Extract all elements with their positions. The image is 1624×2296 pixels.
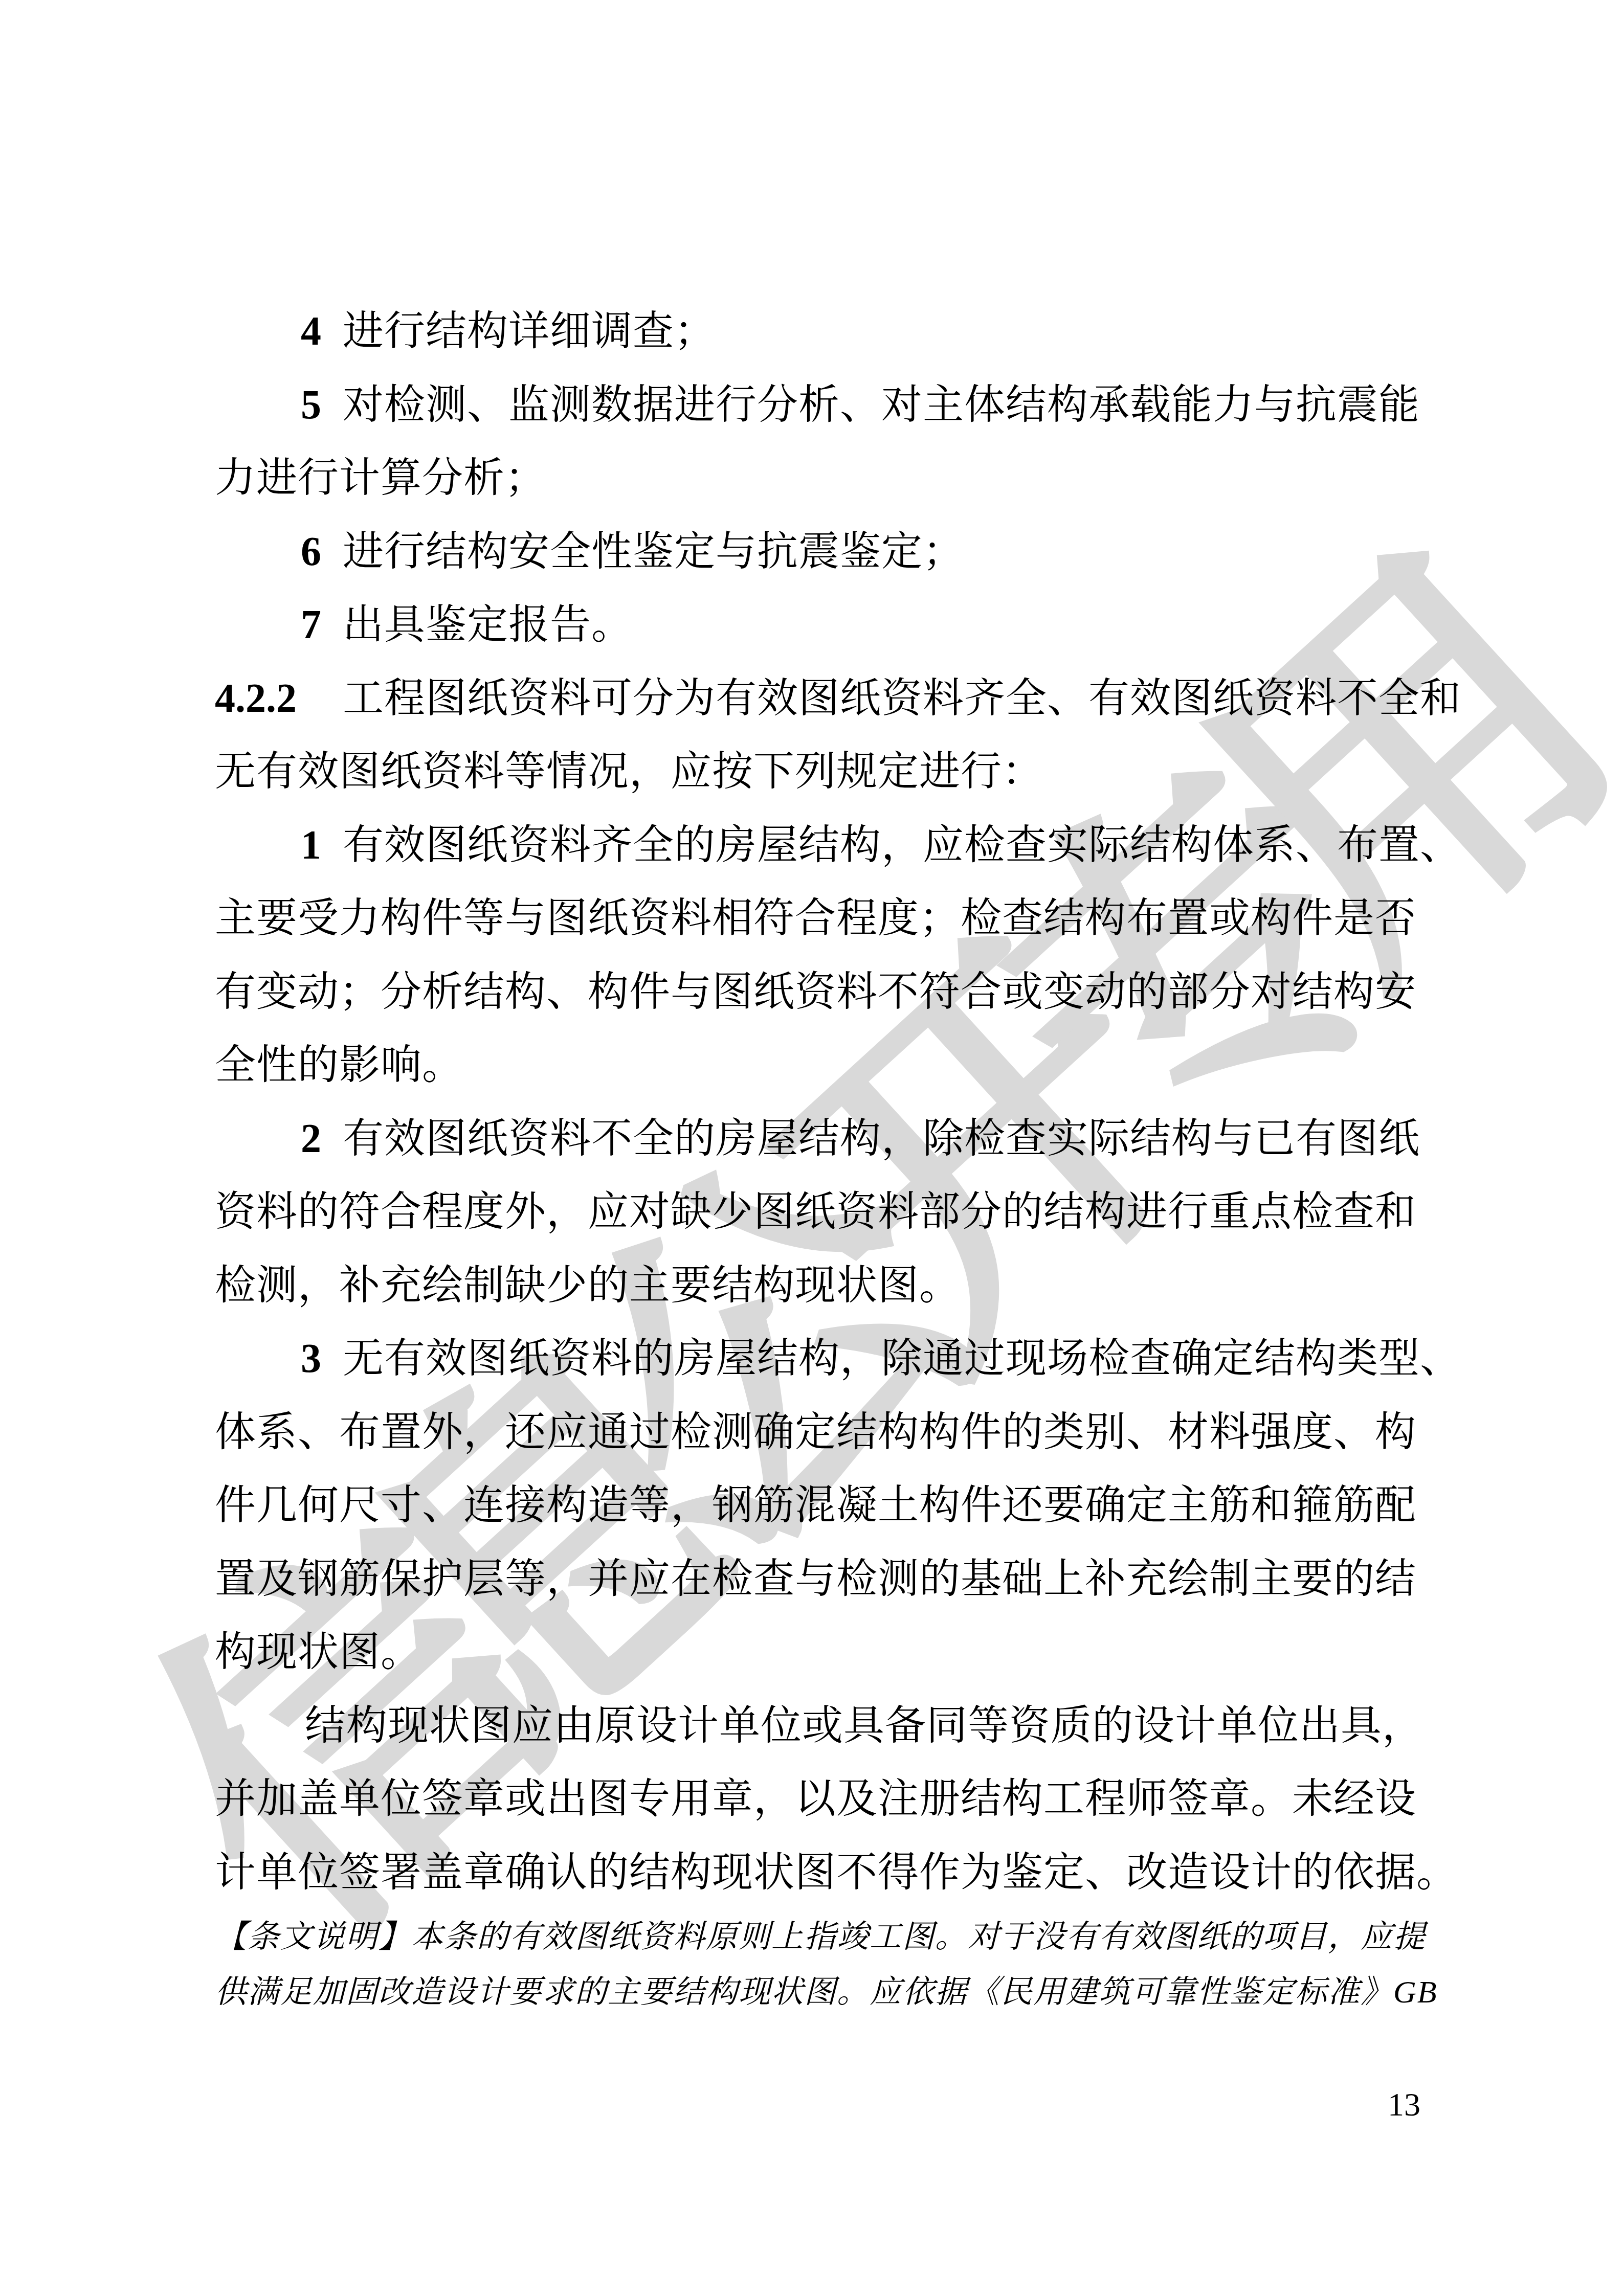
document-line: 5对检测、监测数据进行分析、对主体结构承载能力与抗震能 [215, 369, 1442, 442]
commentary-line: 【条文说明】本条的有效图纸资料原则上指竣工图。对于没有有效图纸的项目，应提 [215, 1909, 1442, 1965]
line-text: 计单位签署盖章确认的结构现状图不得作为鉴定、改造设计的依据。 [215, 1850, 1458, 1895]
document-line: 4进行结构详细调查； [215, 295, 1442, 369]
item-number: 4 [301, 295, 343, 369]
item-number: 2 [301, 1102, 343, 1176]
item-number: 3 [301, 1322, 343, 1396]
document-line: 并加盖单位签章或出图专用章，以及注册结构工程师签章。未经设 [215, 1763, 1442, 1836]
line-text: 有效图纸资料不全的房屋结构，除检查实际结构与已有图纸 [343, 1116, 1420, 1161]
document-line: 有变动；分析结构、构件与图纸资料不符合或变动的部分对结构安 [215, 956, 1442, 1029]
item-number: 5 [301, 369, 343, 442]
line-text: 资料的符合程度外，应对缺少图纸资料部分的结构进行重点检查和 [215, 1189, 1416, 1234]
document-line: 件几何尺寸、连接构造等，钢筋混凝土构件还要确定主筋和箍筋配 [215, 1469, 1442, 1543]
line-text: 有变动；分析结构、构件与图纸资料不符合或变动的部分对结构安 [215, 970, 1416, 1015]
line-text: 件几何尺寸、连接构造等，钢筋混凝土构件还要确定主筋和箍筋配 [215, 1483, 1416, 1528]
line-text: 体系、布置外，还应通过检测确定结构构件的类别、材料强度、构 [215, 1410, 1416, 1455]
item-number: 1 [301, 809, 343, 883]
line-text: 进行结构安全性鉴定与抗震鉴定； [343, 529, 964, 574]
clause-number: 4.2.2 [215, 662, 343, 736]
document-line: 计单位签署盖章确认的结构现状图不得作为鉴定、改造设计的依据。 [215, 1836, 1442, 1910]
page: 信息公开专用 4进行结构详细调查；5对检测、监测数据进行分析、对主体结构承载能力… [0, 0, 1624, 2296]
document-line: 全性的影响。 [215, 1029, 1442, 1102]
item-number: 7 [301, 589, 343, 662]
commentary-line: 供满足加固改造设计要求的主要结构现状图。应依据《民用建筑可靠性鉴定标准》GB [215, 1965, 1442, 2020]
document-line: 无有效图纸资料等情况，应按下列规定进行： [215, 735, 1442, 809]
document-line: 体系、布置外，还应通过检测确定结构构件的类别、材料强度、构 [215, 1396, 1442, 1470]
document-line: 主要受力构件等与图纸资料相符合程度；检查结构布置或构件是否 [215, 882, 1442, 956]
document-line: 1有效图纸资料齐全的房屋结构，应检查实际结构体系、布置、 [215, 809, 1442, 883]
line-text: 力进行计算分析； [215, 456, 546, 501]
line-text: 工程图纸资料可分为有效图纸资料齐全、有效图纸资料不全和 [343, 676, 1461, 721]
document-line: 7出具鉴定报告。 [215, 589, 1442, 662]
document-line: 3无有效图纸资料的房屋结构，除通过现场检查确定结构类型、 [215, 1322, 1442, 1396]
document-line: 结构现状图应由原设计单位或具备同等资质的设计单位出具， [215, 1690, 1442, 1763]
line-text: 有效图纸资料齐全的房屋结构，应检查实际结构体系、布置、 [343, 823, 1461, 868]
document-line: 资料的符合程度外，应对缺少图纸资料部分的结构进行重点检查和 [215, 1176, 1442, 1249]
line-text: 检测，补充绘制缺少的主要结构现状图。 [215, 1263, 961, 1308]
document-line: 置及钢筋保护层等，并应在检查与检测的基础上补充绘制主要的结 [215, 1543, 1442, 1616]
document-line: 检测，补充绘制缺少的主要结构现状图。 [215, 1249, 1442, 1323]
line-text: 置及钢筋保护层等，并应在检查与检测的基础上补充绘制主要的结 [215, 1557, 1416, 1602]
line-text: 结构现状图应由原设计单位或具备同等资质的设计单位出具， [305, 1703, 1423, 1748]
document-line: 6进行结构安全性鉴定与抗震鉴定； [215, 515, 1442, 589]
document-body: 4进行结构详细调查；5对检测、监测数据进行分析、对主体结构承载能力与抗震能力进行… [215, 295, 1442, 2020]
item-number: 6 [301, 515, 343, 589]
line-text: 出具鉴定报告。 [343, 602, 633, 647]
line-text: 进行结构详细调查； [343, 309, 716, 354]
line-text: 无有效图纸资料的房屋结构，除通过现场检查确定结构类型、 [343, 1336, 1461, 1381]
document-line: 4.2.2工程图纸资料可分为有效图纸资料齐全、有效图纸资料不全和 [215, 662, 1442, 736]
line-text: 无有效图纸资料等情况，应按下列规定进行： [215, 749, 1043, 794]
line-text: 对检测、监测数据进行分析、对主体结构承载能力与抗震能 [343, 382, 1420, 427]
document-line: 构现状图。 [215, 1616, 1442, 1690]
document-line: 2有效图纸资料不全的房屋结构，除检查实际结构与已有图纸 [215, 1102, 1442, 1176]
line-text: 构现状图。 [215, 1630, 422, 1675]
document-line: 力进行计算分析； [215, 442, 1442, 515]
line-text: 主要受力构件等与图纸资料相符合程度；检查结构布置或构件是否 [215, 896, 1416, 941]
line-text: 并加盖单位签章或出图专用章，以及注册结构工程师签章。未经设 [215, 1776, 1416, 1821]
line-text: 全性的影响。 [215, 1043, 463, 1088]
page-number: 13 [1388, 2084, 1420, 2125]
